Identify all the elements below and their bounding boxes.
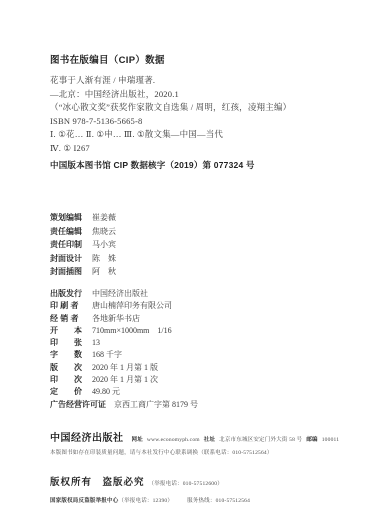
report-phone: （举报电话：010-57512600）	[149, 481, 223, 487]
publishing-label: 经 销 者	[50, 313, 84, 325]
website-label: 网址	[132, 437, 143, 443]
staff-value: 马小宾	[92, 238, 116, 252]
staff-label: 责任编辑	[50, 225, 84, 239]
publisher-name: 中国经济出版社	[50, 433, 124, 444]
publishing-value: 168 千字	[92, 349, 122, 361]
publishing-row: 定 价 49.80 元	[50, 386, 345, 398]
publisher-footer: 中国经济出版社 网址 www.economyph.com 社址 北京市东城区安定…	[50, 428, 345, 458]
staff-label: 封面设计	[50, 252, 84, 266]
publishing-row: 开 本 710mm×1000mm 1/16	[50, 325, 345, 337]
copyright-statement: 版权所有 盗版必究	[50, 478, 145, 488]
publishing-value: 49.80 元	[92, 386, 120, 398]
publishing-value: 13	[92, 337, 100, 349]
publishing-row: 出版发行 中国经济出版社	[50, 288, 345, 300]
publishing-row: 版 次 2020 年 1 月第 1 版	[50, 362, 345, 374]
address-value: 北京市东城区安定门外大街 58 号	[219, 437, 302, 443]
staff-value: 陈 姝	[92, 252, 116, 266]
publishing-row: 印 刷 者 唐山楠萍印务有限公司	[50, 300, 345, 312]
address-label: 社址	[204, 437, 215, 443]
publishing-label: 字 数	[50, 349, 84, 361]
zipcode-label: 邮编	[306, 437, 317, 443]
publishing-row: 经 销 者 各地新华书店	[50, 313, 345, 325]
website-url: www.economyph.com	[147, 437, 200, 443]
publishing-row: 印 次 2020 年 1 月第 1 次	[50, 374, 345, 386]
publishing-block: 出版发行 中国经济出版社 印 刷 者 唐山楠萍印务有限公司 经 销 者 各地新华…	[50, 288, 345, 411]
staff-label: 责任印制	[50, 238, 84, 252]
publishing-label: 广告经营许可证	[50, 399, 106, 411]
staff-row: 策划编辑 崔姜薇	[50, 211, 345, 225]
quality-note: 本版图书如存在印装质量问题，请与本社发行中心联系调换（联系电话：010-5751…	[50, 449, 345, 458]
copyright-footer: 版权所有 盗版必究 （举报电话：010-57512600） 国家版权局反盗版举报…	[50, 472, 345, 506]
publishing-value: 710mm×1000mm 1/16	[92, 325, 172, 337]
cip-record-number: 中国版本图书馆 CIP 数据核字（2019）第 077324 号	[50, 159, 345, 171]
publishing-value: 京西工商广字第 8179 号	[114, 399, 198, 411]
staff-block: 策划编辑 崔姜薇 责任编辑 焦晓云 责任印制 马小宾 封面设计 陈 姝 封面插图…	[50, 211, 345, 279]
staff-row: 责任印制 马小宾	[50, 238, 345, 252]
publishing-label: 印 刷 者	[50, 300, 84, 312]
publishing-label: 印 次	[50, 374, 84, 386]
publishing-label: 定 价	[50, 386, 84, 398]
publisher-contact-line: 中国经济出版社 网址 www.economyph.com 社址 北京市东城区安定…	[50, 428, 345, 446]
anti-piracy-line: 国家版权局反盗版举报中心（举报电话：12390）服务热线：010-5751256…	[50, 493, 345, 506]
staff-value: 阿 秋	[92, 265, 116, 279]
cip-line-class-number: Ⅳ. ① I267	[50, 142, 345, 156]
staff-row: 封面插图 阿 秋	[50, 265, 345, 279]
cip-line-publisher: —北京：中国经济出版社，2020.1	[50, 88, 345, 102]
cip-title: 图书在版编目（CIP）数据	[50, 52, 345, 66]
publishing-label: 出版发行	[50, 288, 84, 300]
service-hotline: 服务热线：010-57512564	[187, 498, 250, 504]
cip-line-series: （“冰心散文奖”获奖作家散文自选集 / 周明，红孩，凌翔主编）	[50, 101, 345, 115]
publishing-row: 广告经营许可证 京西工商广字第 8179 号	[50, 399, 345, 411]
publishing-value: 2020 年 1 月第 1 次	[92, 374, 158, 386]
copyright-statement-line: 版权所有 盗版必究 （举报电话：010-57512600）	[50, 472, 345, 490]
publishing-value: 中国经济出版社	[92, 288, 148, 300]
staff-value: 焦晓云	[92, 225, 116, 239]
cip-line-isbn: ISBN 978-7-5136-5665-8	[50, 115, 345, 129]
publishing-row: 印 张 13	[50, 337, 345, 349]
anti-piracy-center: 国家版权局反盗版举报中心	[50, 498, 118, 504]
anti-piracy-phone: （举报电话：12390）	[118, 498, 173, 504]
publishing-value: 2020 年 1 月第 1 版	[92, 362, 158, 374]
publishing-row: 字 数 168 千字	[50, 349, 345, 361]
staff-row: 封面设计 陈 姝	[50, 252, 345, 266]
publishing-label: 版 次	[50, 362, 84, 374]
cip-line-title-author: 花事于人渐有涯 / 申瑞瑾著.	[50, 74, 345, 88]
publishing-label: 印 张	[50, 337, 84, 349]
staff-label: 封面插图	[50, 265, 84, 279]
publishing-label: 开 本	[50, 325, 84, 337]
zipcode-value: 100011	[322, 437, 340, 443]
publishing-value: 各地新华书店	[92, 313, 140, 325]
cip-line-classification: Ⅰ. ①花… Ⅱ. ①申… Ⅲ. ①散文集—中国—当代	[50, 128, 345, 142]
publishing-value: 唐山楠萍印务有限公司	[92, 300, 172, 312]
copyright-page: 图书在版编目（CIP）数据 花事于人渐有涯 / 申瑞瑾著. —北京：中国经济出版…	[0, 0, 375, 523]
cip-block: 图书在版编目（CIP）数据 花事于人渐有涯 / 申瑞瑾著. —北京：中国经济出版…	[50, 52, 345, 171]
staff-value: 崔姜薇	[92, 211, 116, 225]
staff-row: 责任编辑 焦晓云	[50, 225, 345, 239]
staff-label: 策划编辑	[50, 211, 84, 225]
